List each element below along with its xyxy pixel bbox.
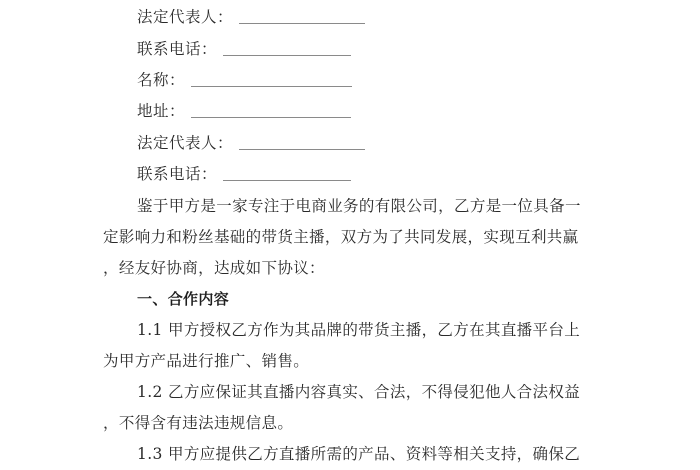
section-heading: 一、合作内容	[137, 288, 621, 310]
contact-phone-field-b[interactable]: 联系电话：	[137, 163, 351, 185]
field-label: 名称：	[137, 69, 185, 91]
address-field[interactable]: 地址：	[137, 100, 351, 122]
blank-underline[interactable]	[239, 149, 365, 150]
field-label: 法定代表人：	[137, 6, 233, 28]
contract-page: 法定代表人： 联系电话： 名称： 地址： 法定代表人： 联系电话： 鉴于甲方是一…	[0, 0, 700, 470]
blank-underline[interactable]	[191, 117, 351, 118]
field-label: 地址：	[137, 100, 185, 122]
blank-underline[interactable]	[223, 180, 351, 181]
preamble-line: 定影响力和粉丝基础的带货主播，双方为了共同发展，实现互利共赢	[103, 226, 587, 248]
field-label: 法定代表人：	[137, 132, 233, 154]
preamble-line: 鉴于甲方是一家专注于电商业务的有限公司，乙方是一位具备一	[137, 195, 587, 217]
legal-representative-field-b[interactable]: 法定代表人：	[137, 132, 365, 154]
legal-representative-field-a[interactable]: 法定代表人：	[137, 6, 365, 28]
clause-line: 1.1 甲方授权乙方作为其品牌的带货主播，乙方在其直播平台上	[137, 319, 587, 341]
clause-line: 1.2 乙方应保证其直播内容真实、合法，不得侵犯他人合法权益	[137, 381, 587, 403]
clause-line: 为甲方产品进行推广、销售。	[103, 350, 587, 372]
name-field[interactable]: 名称：	[137, 69, 352, 91]
contact-phone-field-a[interactable]: 联系电话：	[137, 38, 351, 60]
blank-underline[interactable]	[191, 86, 352, 87]
field-label: 联系电话：	[137, 38, 217, 60]
preamble-line: ，经友好协商，达成如下协议：	[103, 257, 587, 279]
clause-line: ，不得含有违法违规信息。	[103, 412, 587, 434]
field-label: 联系电话：	[137, 163, 217, 185]
blank-underline[interactable]	[239, 23, 365, 24]
blank-underline[interactable]	[223, 55, 351, 56]
clause-line: 1.3 甲方应提供乙方直播所需的产品、资料等相关支持，确保乙	[137, 443, 587, 465]
